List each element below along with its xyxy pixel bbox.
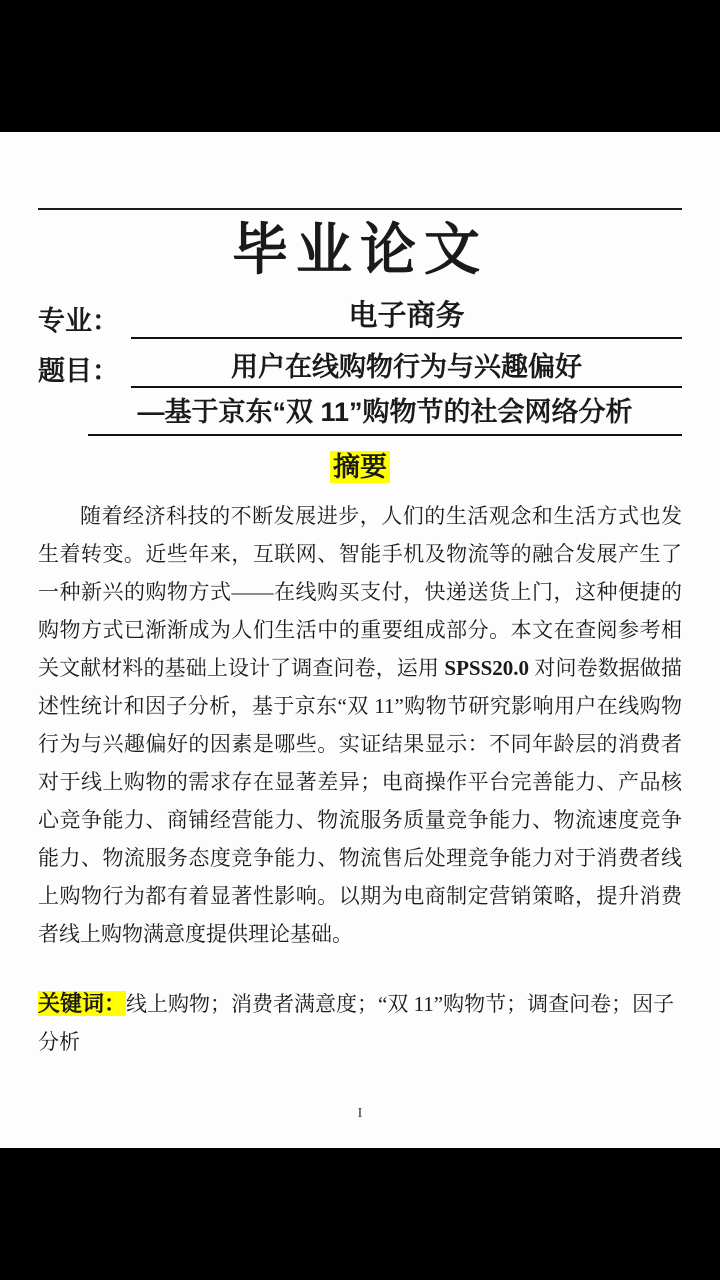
document-title: 毕业论文 xyxy=(38,218,682,282)
abstract-text-part2: 对问卷数据做描述性统计和因子分析，基于京东“双 11”购物节研究影响用户在线购物… xyxy=(38,656,682,946)
page-content: 毕业论文 专业： 电子商务 题目： 用户在线购物行为与兴趣偏好 —基于京东“双 … xyxy=(0,208,720,1224)
screen-frame: { "colors": { "frame_bg": "#000000", "pa… xyxy=(0,0,720,1280)
abstract-heading: 摘要 xyxy=(330,451,390,483)
abstract-heading-wrap: 摘要 xyxy=(38,450,682,485)
major-row: 专业： 电子商务 xyxy=(38,298,682,338)
abstract-spss-term: SPSS20.0 xyxy=(444,656,529,680)
thesis-title-line1: 用户在线购物行为与兴趣偏好 xyxy=(131,351,682,389)
abstract-paragraph: 随着经济科技的不断发展进步，人们的生活观念和生活方式也发生着转变。近些年来，互联… xyxy=(38,497,682,953)
keywords-label: 关键词： xyxy=(38,991,126,1016)
major-label: 专业： xyxy=(38,305,131,339)
thesis-title-label: 题目： xyxy=(38,355,131,389)
header-divider xyxy=(38,208,682,210)
page-number: I xyxy=(0,1106,720,1122)
document-page: 毕业论文 专业： 电子商务 题目： 用户在线购物行为与兴趣偏好 —基于京东“双 … xyxy=(0,132,720,1148)
abstract-text-part1: 随着经济科技的不断发展进步，人们的生活观念和生活方式也发生着转变。近些年来，互联… xyxy=(38,504,682,680)
thesis-title-line2: —基于京东“双 11”购物节的社会网络分析 xyxy=(88,394,682,435)
keywords-row: 关键词：线上购物；消费者满意度；“双 11”购物节；调查问卷；因子分析 xyxy=(38,985,682,1061)
thesis-title-row: 题目： 用户在线购物行为与兴趣偏好 xyxy=(38,351,682,389)
keywords-text: 线上购物；消费者满意度；“双 11”购物节；调查问卷；因子分析 xyxy=(38,992,674,1054)
major-value: 电子商务 xyxy=(131,298,682,338)
